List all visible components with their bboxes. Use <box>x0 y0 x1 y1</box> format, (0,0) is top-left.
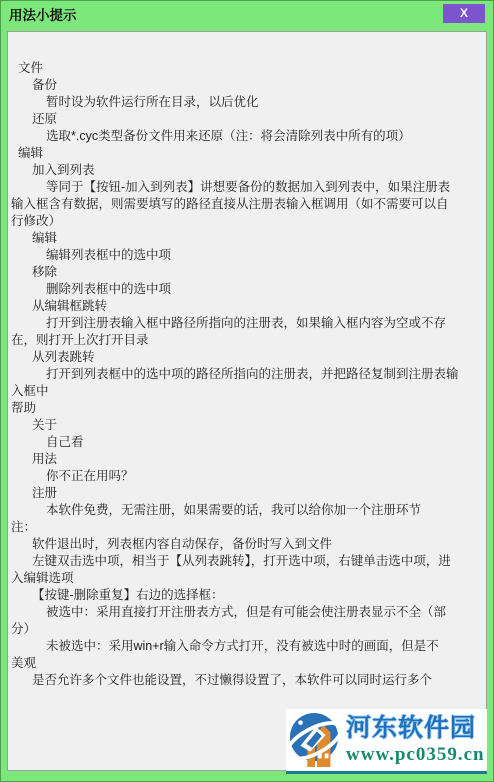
text-line: 【按键-删除重复】右边的选择框： <box>11 587 484 604</box>
text-line: 暂时设为软件运行所在目录，以后优化 <box>11 94 484 111</box>
text-line: 入编辑选项 <box>11 570 484 587</box>
site-watermark: 河东软件园 www.pc0359.cn <box>286 709 487 774</box>
text-line: 自己看 <box>11 434 484 451</box>
watermark-texts: 河东软件园 www.pc0359.cn <box>346 714 487 767</box>
site-url: www.pc0359.cn <box>346 743 487 767</box>
text-line: 未被选中：采用win+r输入命令方式打开，没有被选中时的画面，但是不 <box>11 638 484 655</box>
text-line: 等同于【按钮-加入到列表】讲想要备份的数据加入到列表中，如果注册表 <box>11 179 484 196</box>
text-line: 注： <box>11 519 484 536</box>
content-panel: 文件备份暂时设为软件运行所在目录，以后优化还原选取*.cyc类型备份文件用来还原… <box>7 31 487 771</box>
text-line: 本软件免费，无需注册，如果需要的话，我可以给你加一个注册环节 <box>11 502 484 519</box>
text-line: 备份 <box>11 77 484 94</box>
text-line: 编辑 <box>11 145 484 162</box>
text-line: 文件 <box>11 60 484 77</box>
text-line: 是否允许多个文件也能设置，不过懒得设置了，本软件可以同时运行多个 <box>11 672 484 689</box>
text-line: 帮助 <box>11 400 484 417</box>
text-line: 注册 <box>11 485 484 502</box>
text-line: 打开到注册表输入框中路径所指向的注册表，如果输入框内容为空或不存 <box>11 315 484 332</box>
text-line: 选取*.cyc类型备份文件用来还原（注：将会清除列表中所有的项） <box>11 128 484 145</box>
titlebar[interactable]: 用法小提示 X <box>1 1 493 31</box>
tips-text: 文件备份暂时设为软件运行所在目录，以后优化还原选取*.cyc类型备份文件用来还原… <box>8 32 486 689</box>
text-line: 美观 <box>11 655 484 672</box>
tips-window: 用法小提示 X 文件备份暂时设为软件运行所在目录，以后优化还原选取*.cyc类型… <box>0 0 494 782</box>
text-line: 左键双击选中项，相当于【从列表跳转】，打开选中项，右键单击选中项，进 <box>11 553 484 570</box>
text-line: 软件退出时，列表框内容自动保存，备份时写入到文件 <box>11 536 484 553</box>
text-line: 加入到列表 <box>11 162 484 179</box>
text-line: 从编辑框跳转 <box>11 298 484 315</box>
text-line: 在，则打开上次打开目录 <box>11 332 484 349</box>
text-line: 行修改） <box>11 213 484 230</box>
site-name: 河东软件园 <box>346 714 487 743</box>
text-line: 输入框含有数据，则需要填写的路径直接从注册表输入框调用（如不需要可以自 <box>11 196 484 213</box>
hedong-logo-icon <box>288 711 342 769</box>
text-line: 被选中：采用直接打开注册表方式，但是有可能会使注册表显示不全（部 <box>11 604 484 621</box>
text-line: 入框中 <box>11 383 484 400</box>
text-line: 用法 <box>11 451 484 468</box>
text-line: 还原 <box>11 111 484 128</box>
text-line: 从列表跳转 <box>11 349 484 366</box>
text-line: 关于 <box>11 417 484 434</box>
text-line: 编辑 <box>11 230 484 247</box>
text-line: 打开到列表框中的选中项的路径所指向的注册表，并把路径复制到注册表输 <box>11 366 484 383</box>
text-line: 移除 <box>11 264 484 281</box>
text-line: 你不正在用吗？ <box>11 468 484 485</box>
close-button[interactable]: X <box>443 4 485 23</box>
text-line: 删除列表框中的选中项 <box>11 281 484 298</box>
text-line: 编辑列表框中的选中项 <box>11 247 484 264</box>
window-title: 用法小提示 <box>9 1 77 30</box>
text-line: 分） <box>11 621 484 638</box>
